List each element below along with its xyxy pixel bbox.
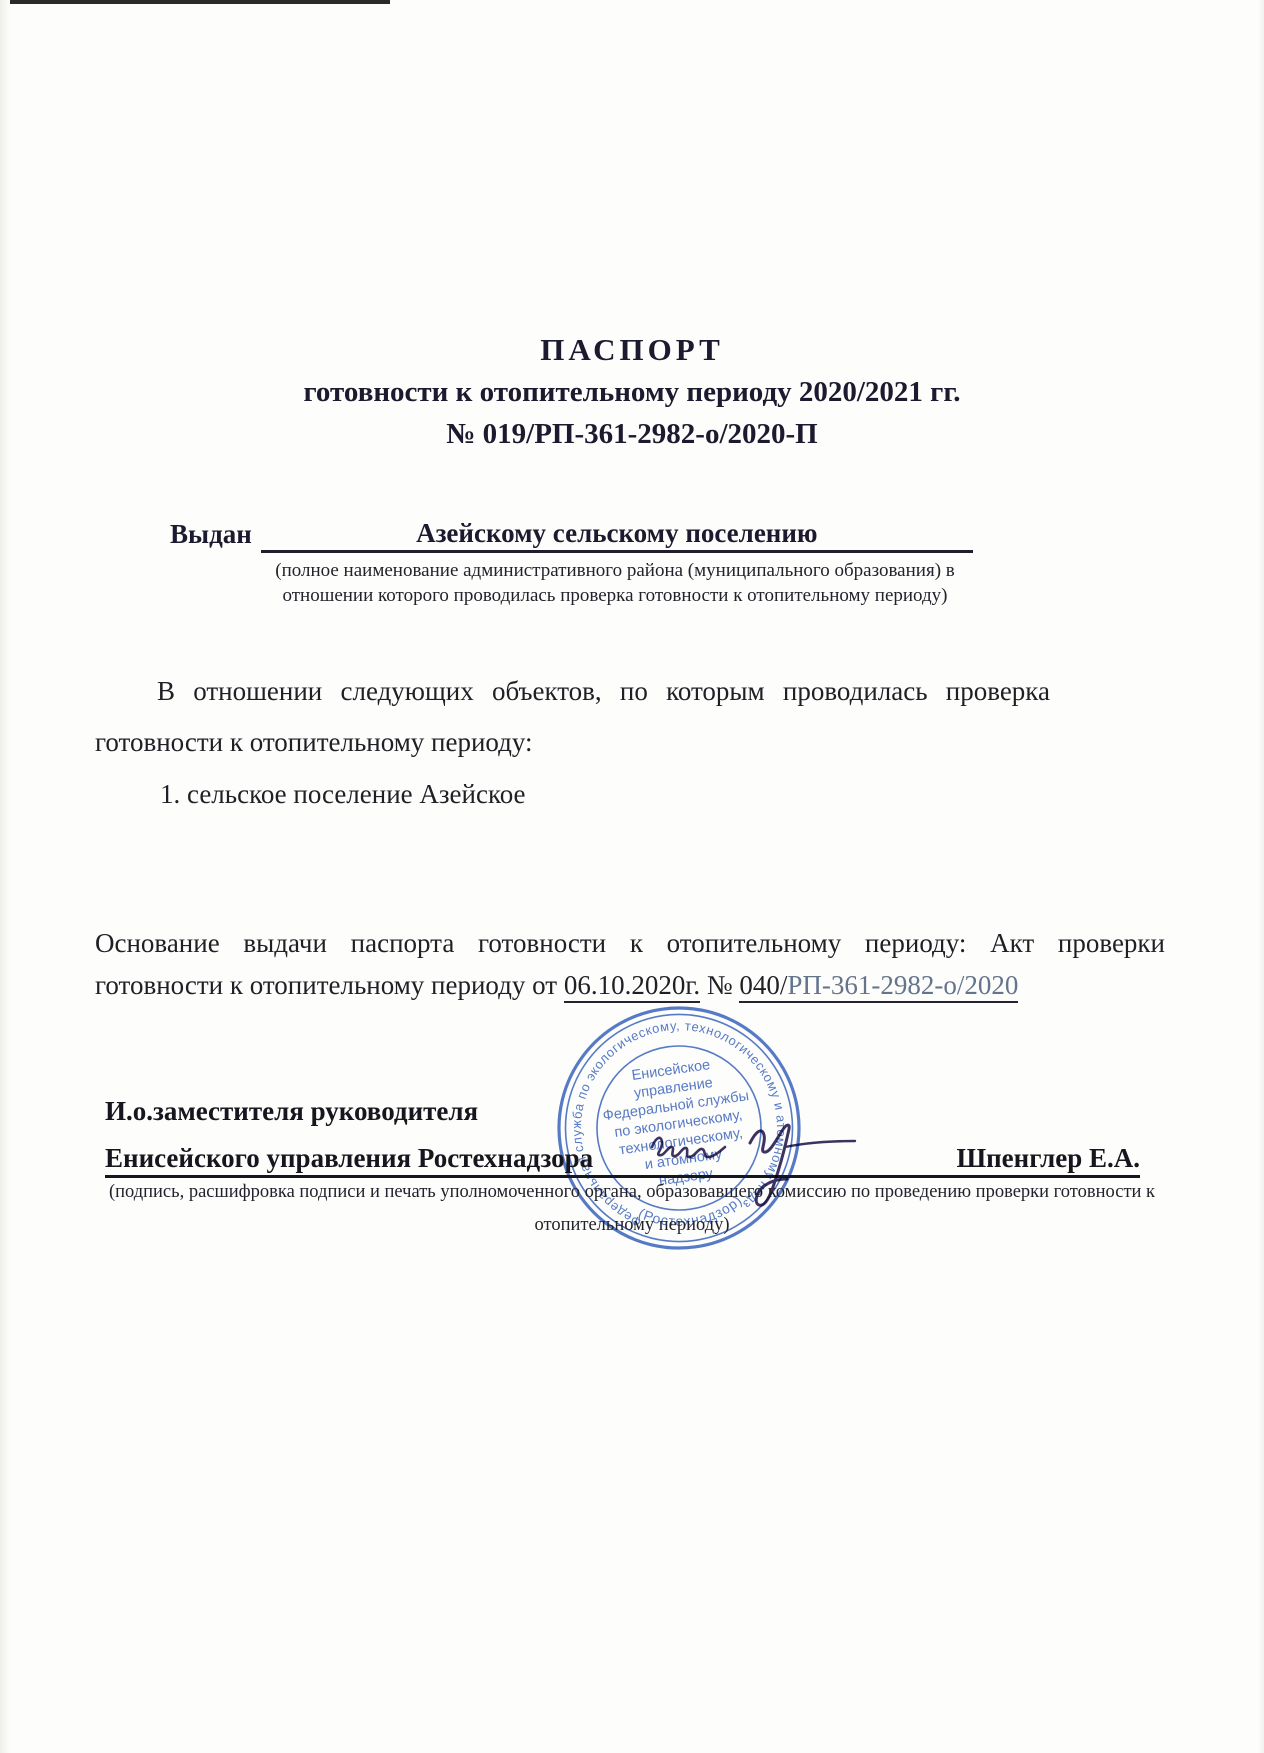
issued-to-label: Выдан [170,519,252,553]
act-number-code: РП-361-2982-о/2020 [787,970,1018,1003]
signer-name: Шпенглер Е.А. [956,1143,1140,1174]
act-number-sign: № [700,970,739,1000]
signer-position-line1: И.о.заместителя руководителя [105,1096,478,1127]
title-line-readiness: готовности к отопительному периоду 2020/… [0,371,1264,413]
scan-artifact-top-edge [0,0,390,4]
signature-caption: (подпись, расшифровка подписи и печать у… [87,1176,1177,1242]
document-title: ПАСПОРТ готовности к отопительному перио… [0,329,1264,455]
basis-line2-prefix: готовности к отопительному периоду от [95,970,564,1000]
title-line-passport: ПАСПОРТ [0,329,1264,371]
signature-caption-line1: (подпись, расшифровка подписи и печать у… [87,1176,1177,1209]
issued-to-row: Выдан Азейскому сельскому поселению [170,518,973,553]
issued-to-caption-line1: (полное наименование административного р… [225,558,1005,583]
title-line-number: № 019/РП-361-2982-о/2020-П [0,413,1264,455]
issued-to-value: Азейскому сельскому поселению [261,518,973,553]
issued-to-caption: (полное наименование административного р… [225,558,1005,608]
signature-caption-line2: отопительному периоду) [87,1209,1177,1242]
scan-artifact-right-edge [1258,0,1264,1753]
issued-to-caption-line2: отношении которого проводилась проверка … [225,583,1005,608]
signer-position-line2: Енисейского управления Ростехнадзора [105,1143,593,1174]
object-list-item-1: 1. сельское поселение Азейское [160,779,526,810]
basis-paragraph-line1: Основание выдачи паспорта готовности к о… [95,928,1165,959]
scan-artifact-left-edge [0,0,10,1753]
body-paragraph-line1: В отношении следующих объектов, по котор… [95,676,1050,707]
scanned-document-page: ПАСПОРТ готовности к отопительному перио… [0,0,1264,1753]
body-paragraph-line2: готовности к отопительному периоду: [95,727,533,758]
